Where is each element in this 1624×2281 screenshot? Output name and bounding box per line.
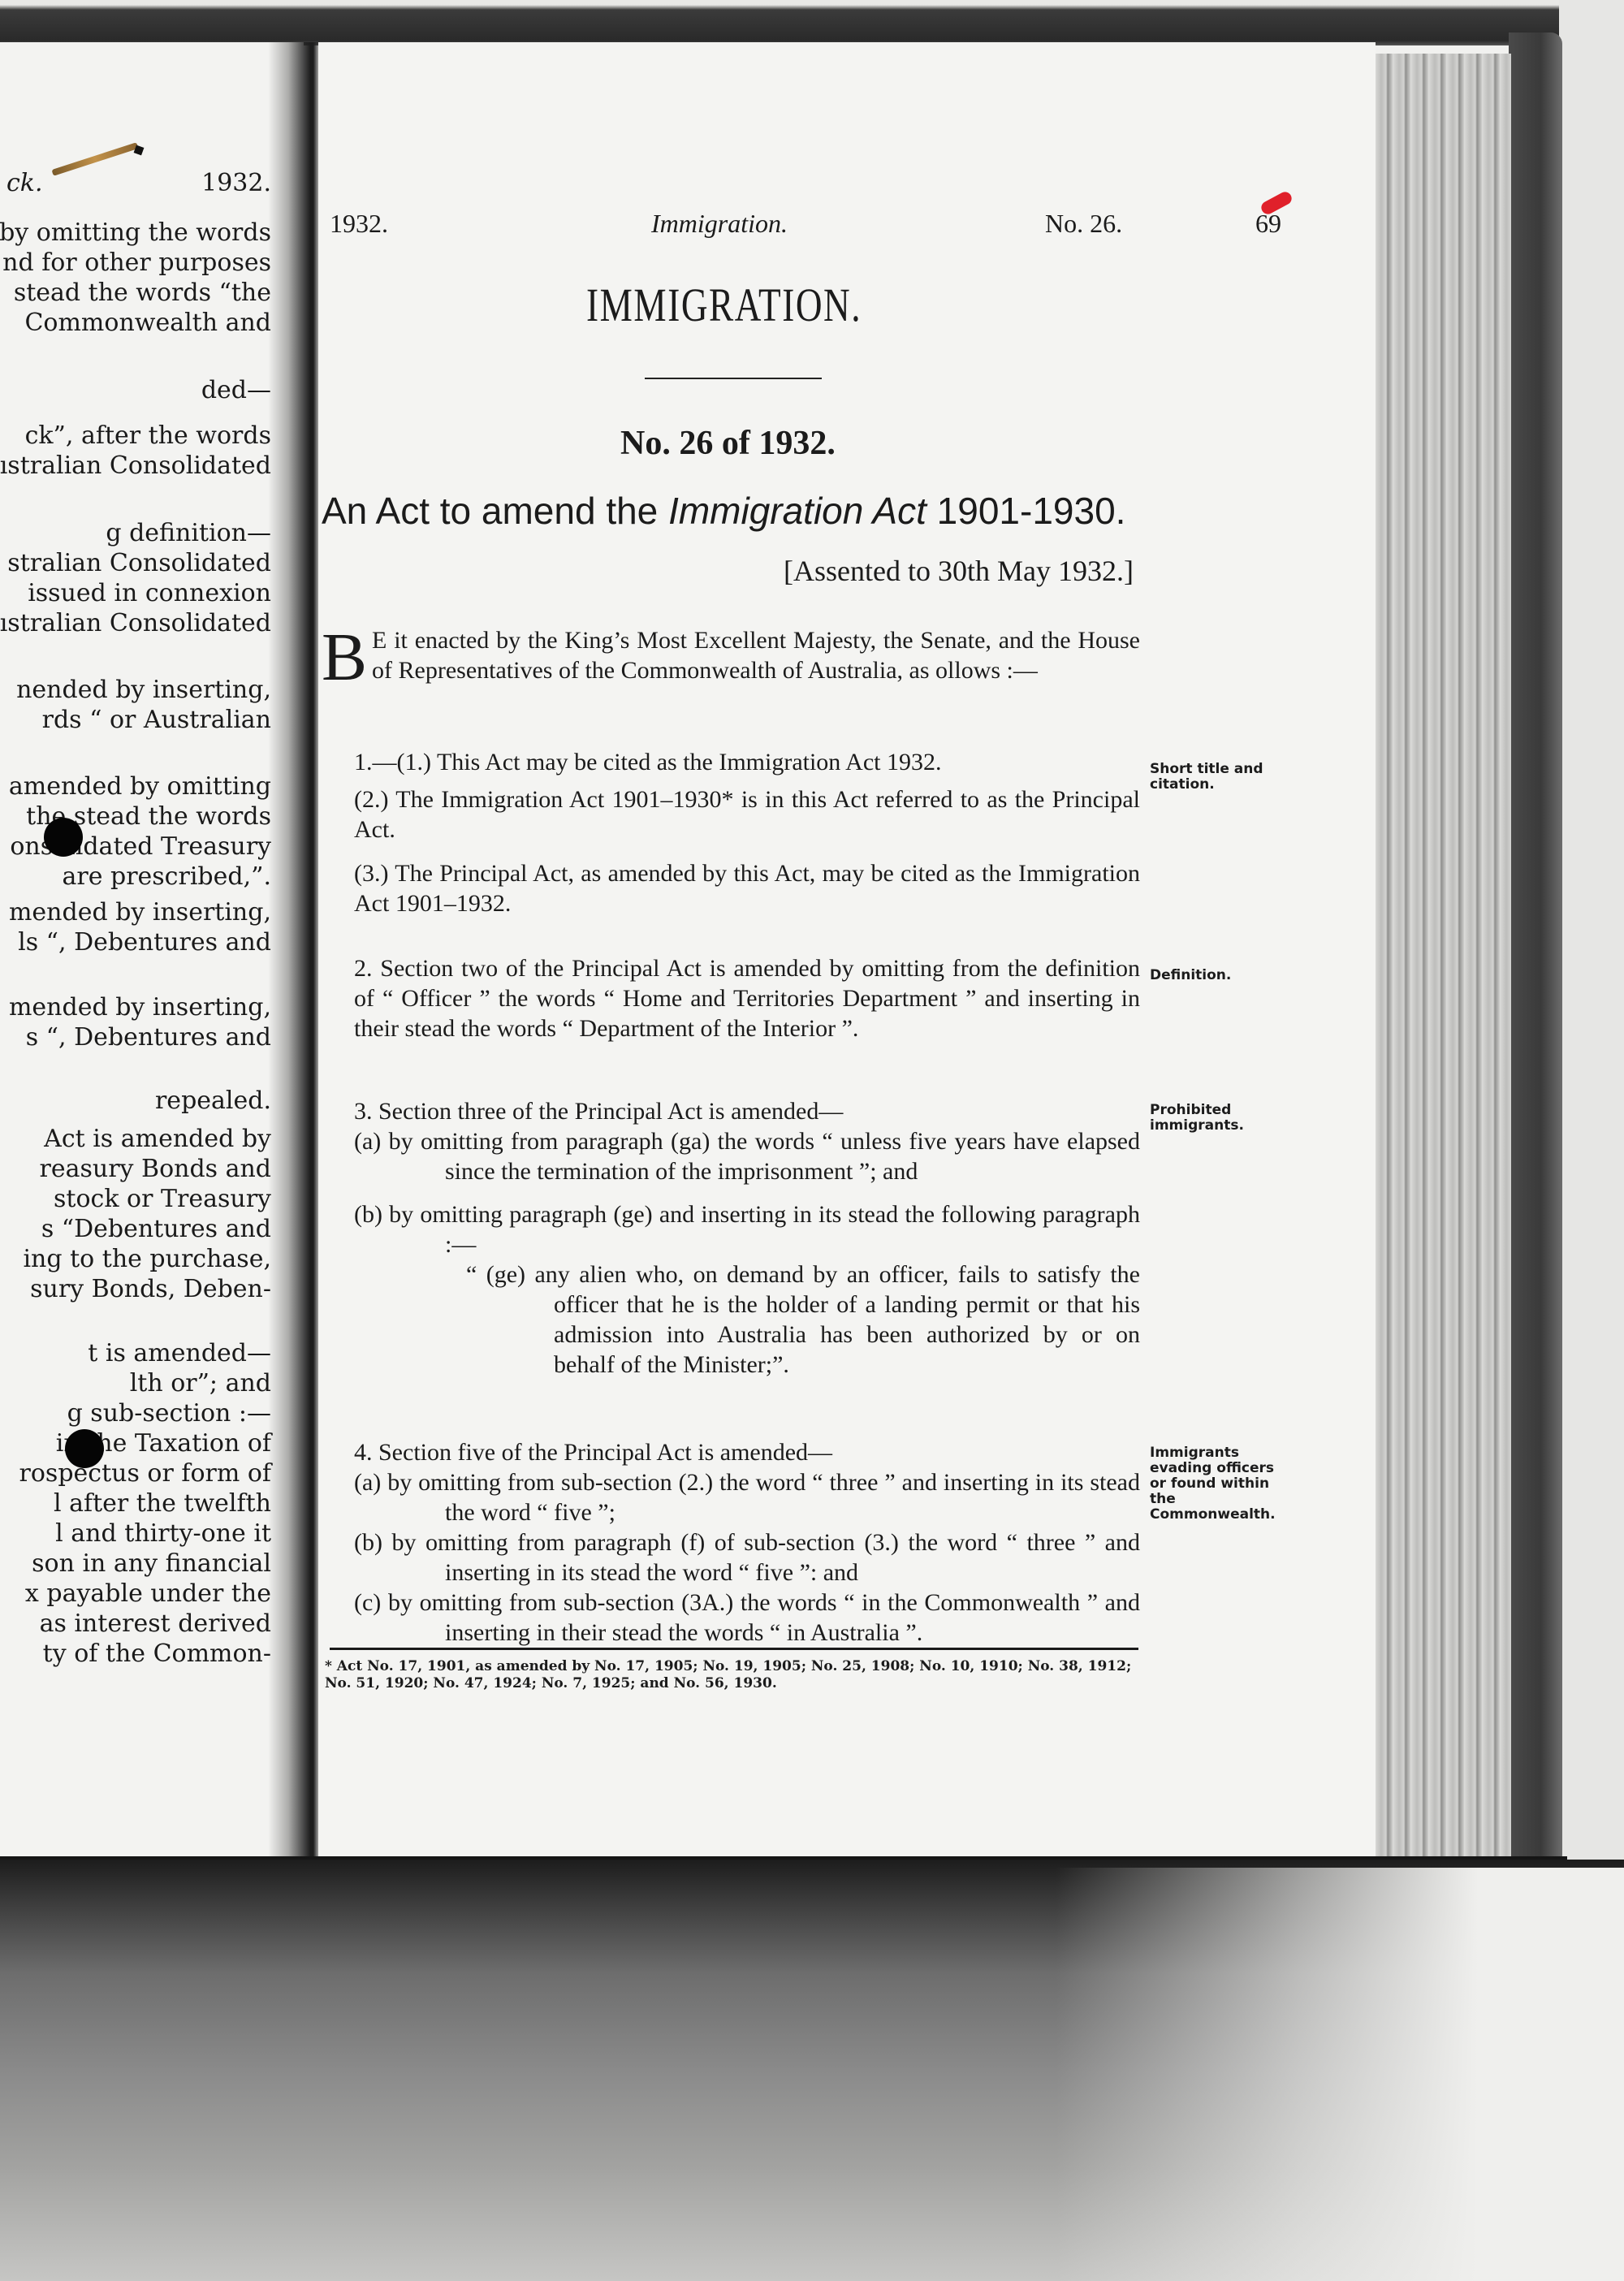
section-3-ge: “ (ge) any alien who, on demand by an of… [322, 1259, 1140, 1380]
left-page-line: by omitting the words [0, 218, 271, 248]
left-page-line: nended by inserting, [16, 675, 271, 705]
left-page-line: stead the words “the [14, 278, 271, 308]
book-cover-edge [1509, 32, 1562, 1866]
punch-hole [44, 818, 83, 857]
left-page-line: sury Bonds, Deben- [30, 1274, 271, 1304]
left-page-line: ıstralian Consolidated [0, 608, 271, 638]
left-page-line: Commonwealth and [24, 308, 271, 338]
left-page-line: stock or Treasury [54, 1184, 271, 1214]
enacting-text: E it enacted by the King’s Most Excellen… [372, 627, 1140, 684]
left-page-line: son in any financial [32, 1549, 271, 1579]
left-page-line: t is amended— [88, 1338, 271, 1368]
section-4: 4. Section five of the Principal Act is … [322, 1437, 1140, 1648]
section-4-b: (b) by omitting from paragraph (f) of su… [322, 1527, 1140, 1588]
left-page-line: are prescribed,”. [62, 862, 271, 892]
title-rule [645, 378, 822, 379]
left-page-line: rospectus or form of [19, 1458, 271, 1488]
left-page-line: ck”, after the words [25, 421, 271, 451]
left-page-line: g definition— [106, 518, 271, 548]
right-page: 1932. Immigration. No. 26. 69 IMMIGRATIO… [318, 42, 1376, 1858]
background-highlight [1056, 1868, 1624, 2281]
long-title-suffix: 1901-1930. [937, 490, 1126, 532]
margin-note-immigrants-evading: Immigrants evading officers or found wit… [1150, 1445, 1276, 1523]
enacting-clause: BE it enacted by the King’s Most Excelle… [322, 625, 1140, 687]
margin-note-prohibited-immigrants: Prohibited immigrants. [1150, 1103, 1244, 1134]
section-1-1: 1.—(1.) This Act may be cited as the Imm… [322, 747, 1140, 777]
section-3-b: (b) by omitting paragraph (ge) and inser… [322, 1199, 1140, 1259]
section-2-text: 2. Section two of the Principal Act is a… [322, 953, 1140, 1043]
left-page-line: issued in connexion [28, 578, 271, 608]
section-3-intro: 3. Section three of the Principal Act is… [322, 1096, 1140, 1126]
background-right [1559, 0, 1624, 1868]
left-page-line: nd for other purposes [2, 248, 271, 278]
margin-note-short-title: Short title and citation. [1150, 762, 1263, 793]
left-page-line: mended by inserting, [9, 992, 271, 1022]
footnote-rule [330, 1648, 1138, 1650]
page-fore-edge [1375, 54, 1511, 1861]
margin-note-definition: Definition. [1150, 968, 1231, 983]
left-page-line: s “, Debentures and [26, 1022, 271, 1052]
book-gutter [268, 42, 325, 1858]
left-page-line: stralian Consolidated [7, 548, 271, 578]
left-page-line: mended by inserting, [9, 897, 271, 927]
section-1-2: (2.) The Immigration Act 1901–1930* is i… [322, 784, 1140, 845]
left-page-line: rds “ or Australian [42, 705, 271, 735]
book-top-edge [0, 0, 1559, 45]
left-page-line: s “Debentures and [41, 1214, 271, 1244]
act-number-heading: No. 26 of 1932. [620, 424, 836, 463]
left-page-line: g sub-section :— [67, 1398, 271, 1428]
left-page-line: l after the twelfth [54, 1488, 271, 1519]
section-3-a: (a) by omitting from paragraph (ga) the … [322, 1126, 1140, 1186]
staple-end [134, 145, 145, 156]
left-page-line: reasury Bonds and [40, 1154, 272, 1184]
section-3: 3. Section three of the Principal Act is… [322, 1096, 1140, 1380]
left-page-line: Act is amended by [44, 1124, 271, 1154]
left-page-line: x payable under the [25, 1579, 271, 1609]
footnote: * Act No. 17, 1901, as amended by No. 17… [325, 1658, 1140, 1692]
left-page-line: as interest derived [40, 1609, 271, 1639]
left-page-line: amended by omitting [9, 771, 271, 801]
left-running-head: ck. [6, 168, 43, 198]
act-title: IMMIGRATION. [586, 278, 862, 332]
long-title: An Act to amend the Immigration Act 1901… [322, 489, 1125, 533]
left-page-line: ing to the purchase, [23, 1244, 271, 1274]
left-page-line: l and thirty-one it [55, 1519, 271, 1549]
left-page-line: ded— [201, 375, 271, 405]
section-4-intro: 4. Section five of the Principal Act is … [322, 1437, 1140, 1467]
left-page: ck. 1932. by omitting the wordsnd for ot… [0, 42, 304, 1858]
drop-cap: B [322, 629, 367, 687]
section-4-c: (c) by omitting from sub-section (3A.) t… [322, 1588, 1140, 1648]
assent-date: [Assented to 30th May 1932.] [784, 554, 1134, 588]
running-head-year: 1932. [330, 209, 388, 239]
running-head-subject: Immigration. [651, 209, 788, 239]
section-1: 1.—(1.) This Act may be cited as the Imm… [322, 747, 1140, 918]
section-2: 2. Section two of the Principal Act is a… [322, 953, 1140, 1043]
left-page-line: ty of the Common- [43, 1639, 271, 1669]
section-4-a: (a) by omitting from sub-section (2.) th… [322, 1467, 1140, 1527]
left-page-line: repealed. [155, 1086, 271, 1116]
left-page-line: ıstralian Consolidated [0, 451, 271, 481]
section-1-3: (3.) The Principal Act, as amended by th… [322, 858, 1140, 918]
long-title-prefix: An Act to amend the [322, 490, 658, 532]
left-page-line: lth or”; and [130, 1368, 271, 1398]
punch-hole [65, 1429, 104, 1468]
left-running-year: 1932. [201, 168, 271, 198]
long-title-italic: Immigration Act [668, 490, 926, 532]
staple-mark [51, 142, 138, 176]
running-head-act-number: No. 26. [1045, 209, 1122, 239]
left-page-line: ls “, Debentures and [18, 927, 271, 957]
